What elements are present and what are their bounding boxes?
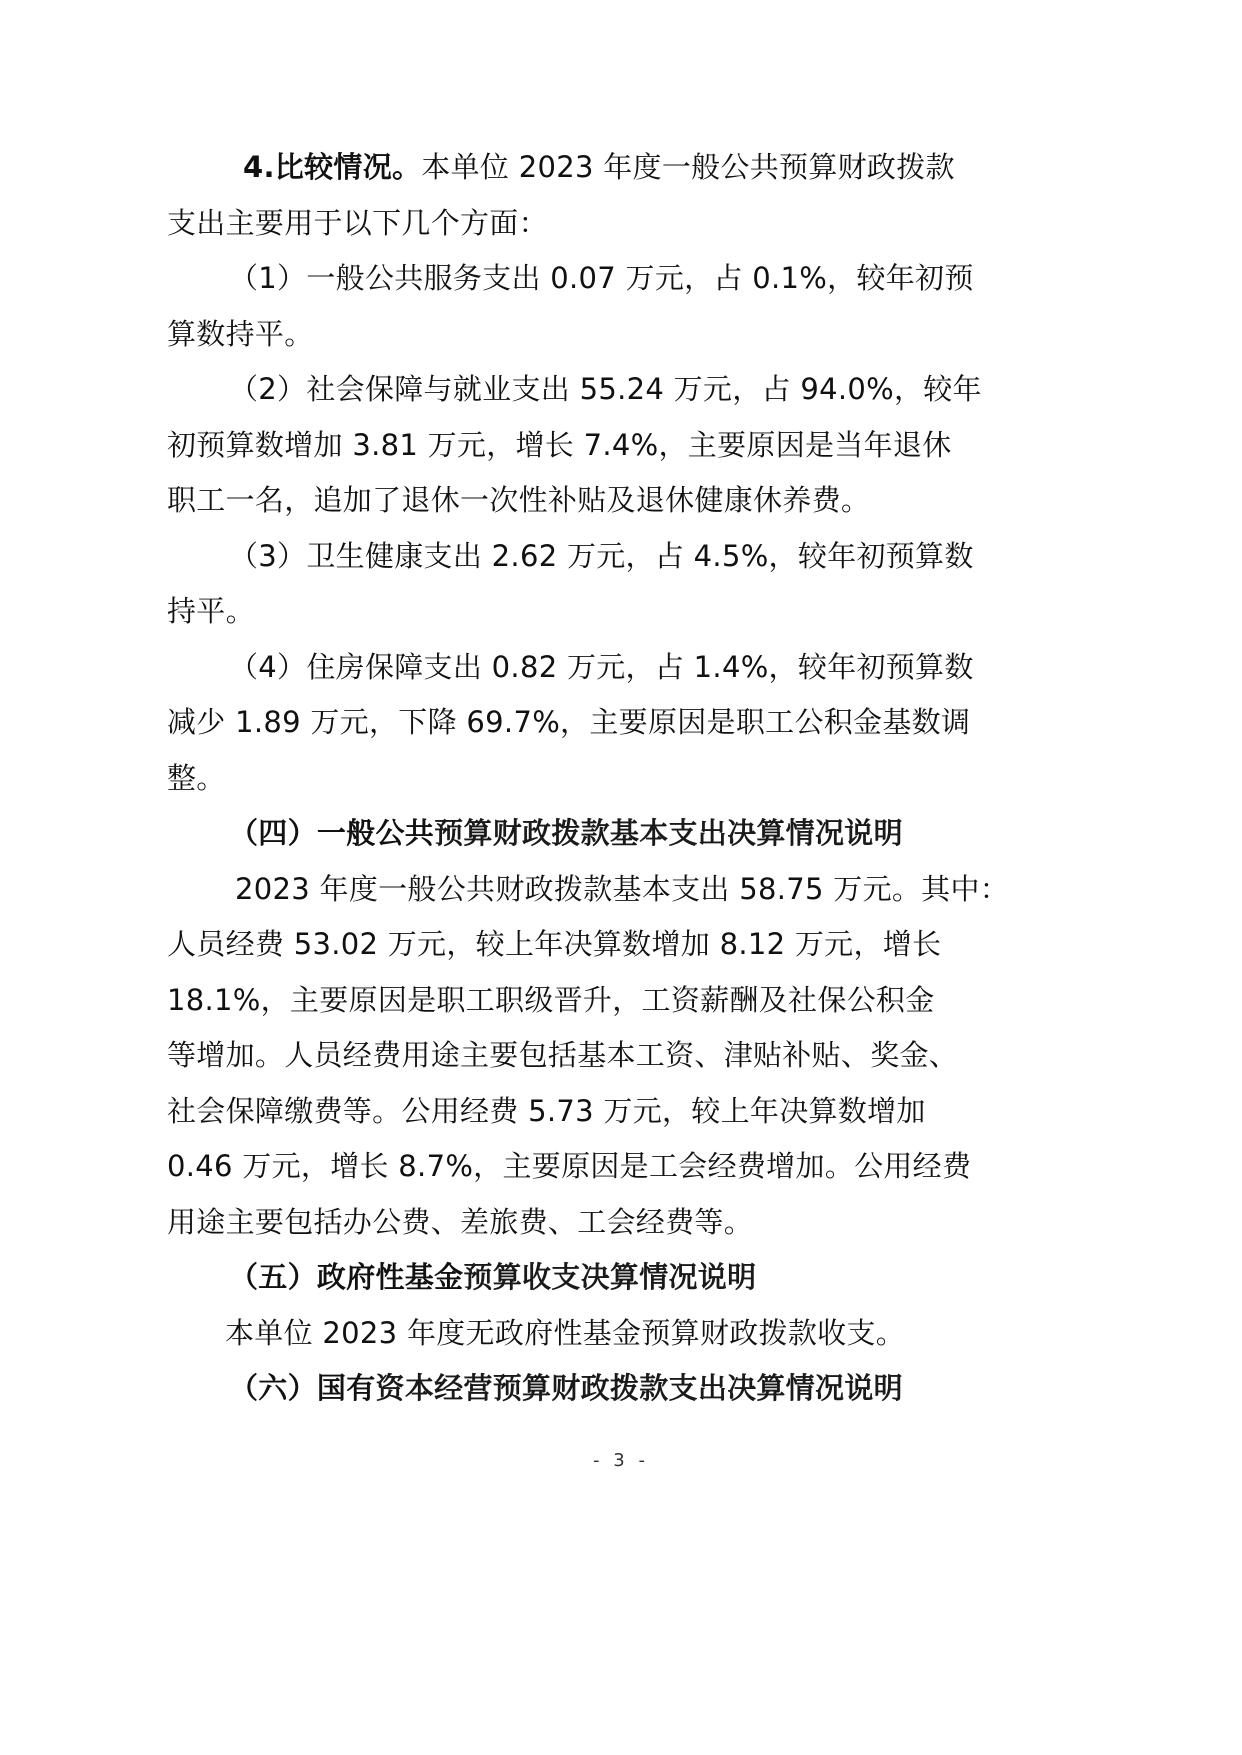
heading-5-line: （五）政府性基金预算收支决算情况说明 (167, 1250, 945, 1306)
paragraph-item-3: （3）卫生健康支出 2.62 万元，占 4.5%，较年初预算数 持平。 (167, 529, 945, 640)
basic-expenditure-line-4: 等增加。人员经费用途主要包括基本工资、津贴补贴、奖金、 (167, 1028, 945, 1084)
paragraph-basic-expenditure: 2023 年度一般公共财政拨款基本支出 58.75 万元。其中： 人员经费 53… (167, 862, 945, 1251)
section-heading-5: （五）政府性基金预算收支决算情况说明 (167, 1250, 945, 1306)
heading-4-bold-part: （四）一般公共 (229, 816, 434, 850)
paragraph-item-1: （1）一般公共服务支出 0.07 万元，占 0.1%，较年初预 算数持平。 (167, 251, 945, 362)
item-2-line-1: （2）社会保障与就业支出 55.24 万元，占 94.0%，较年 (167, 362, 945, 418)
document-page: 4.比较情况。本单位 2023 年度一般公共预算财政拨款 支出主要用于以下几个方… (0, 0, 1242, 1755)
paragraph-gov-fund: 本单位 2023 年度无政府性基金预算财政拨款收支。 (167, 1306, 945, 1362)
section-heading-4: （四）一般公共预算财政拨款基本支出决算情况说明 (167, 806, 945, 862)
heading-6-bold-part: （六）国有 (229, 1371, 376, 1405)
basic-expenditure-line-7: 用途主要包括办公费、差旅费、工会经费等。 (167, 1195, 945, 1251)
basic-expenditure-line-5: 社会保障缴费等。公用经费 5.73 万元，较上年决算数增加 (167, 1084, 945, 1140)
text-line: 4.比较情况。本单位 2023 年度一般公共预算财政拨款 (167, 140, 945, 196)
item-1-line-2: 算数持平。 (167, 307, 945, 363)
comparison-line-1: 本单位 2023 年度一般公共预算财政拨款 (421, 150, 955, 184)
page-number: - 3 - (0, 1450, 1242, 1471)
section-heading-6: （六）国有资本经营预算财政拨款支出决算情况说明 (167, 1361, 945, 1417)
item-2-line-2: 初预算数增加 3.81 万元，增长 7.4%，主要原因是当年退休 (167, 418, 945, 474)
item-3-line-2: 持平。 (167, 584, 945, 640)
paragraph-item-4: （4）住房保障支出 0.82 万元，占 1.4%，较年初预算数 减少 1.89 … (167, 640, 945, 807)
comparison-line-2: 支出主要用于以下几个方面： (167, 196, 945, 252)
basic-expenditure-line-6: 0.46 万元，增长 8.7%，主要原因是工会经费增加。公用经费 (167, 1139, 945, 1195)
heading-5-rest: 预算收支决算情况说明 (463, 1260, 756, 1294)
heading-5-bold-part: （五）政府性基金 (229, 1260, 463, 1294)
heading-6-line: （六）国有资本经营预算财政拨款支出决算情况说明 (167, 1361, 945, 1417)
item-2-line-3: 职工一名，追加了退休一次性补贴及退休健康休养费。 (167, 473, 945, 529)
heading-4-rest: 预算财政拨款基本支出决算情况说明 (434, 816, 903, 850)
item-4-line-1: （4）住房保障支出 0.82 万元，占 1.4%，较年初预算数 (167, 640, 945, 696)
item-3-line-1: （3）卫生健康支出 2.62 万元，占 4.5%，较年初预算数 (167, 529, 945, 585)
item-4-line-3: 整。 (167, 751, 945, 807)
document-body: 4.比较情况。本单位 2023 年度一般公共预算财政拨款 支出主要用于以下几个方… (167, 140, 945, 1417)
comparison-lead-bold: 4.比较情况。 (243, 150, 421, 184)
basic-expenditure-line-3: 18.1%，主要原因是职工职级晋升，工资薪酬及社保公积金 (167, 973, 945, 1029)
item-4-line-2: 减少 1.89 万元，下降 69.7%，主要原因是职工公积金基数调 (167, 695, 945, 751)
basic-expenditure-line-2: 人员经费 53.02 万元，较上年决算数增加 8.12 万元，增长 (167, 917, 945, 973)
gov-fund-line-1: 本单位 2023 年度无政府性基金预算财政拨款收支。 (167, 1306, 945, 1362)
basic-expenditure-line-1: 2023 年度一般公共财政拨款基本支出 58.75 万元。其中： (167, 862, 945, 918)
heading-4-line: （四）一般公共预算财政拨款基本支出决算情况说明 (167, 806, 945, 862)
paragraph-comparison: 4.比较情况。本单位 2023 年度一般公共预算财政拨款 支出主要用于以下几个方… (167, 140, 945, 251)
heading-6-rest: 资本经营预算财政拨款支出决算情况说明 (376, 1371, 903, 1405)
paragraph-item-2: （2）社会保障与就业支出 55.24 万元，占 94.0%，较年 初预算数增加 … (167, 362, 945, 529)
item-1-line-1: （1）一般公共服务支出 0.07 万元，占 0.1%，较年初预 (167, 251, 945, 307)
